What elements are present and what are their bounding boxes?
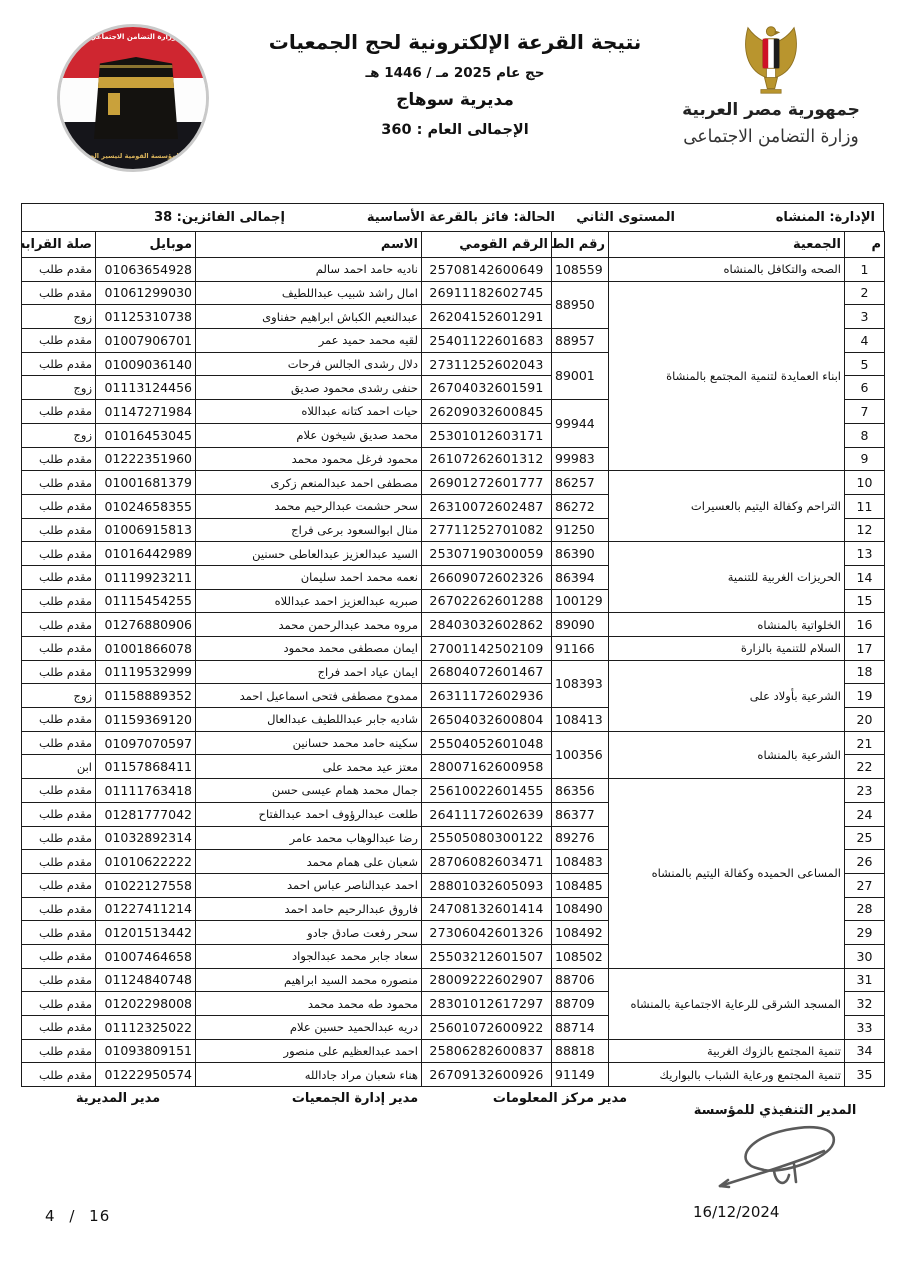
cell-relation: مقدم طلب [22, 565, 96, 589]
cell-relation: مقدم طلب [22, 731, 96, 755]
cell-request-number: 91166 [552, 637, 609, 661]
page-number: 4 / 16 [45, 1207, 118, 1225]
table-row: 16الخلواتية بالمنشاه8909028403032602862م… [22, 613, 885, 637]
cell-national-id: 27711252701082 [422, 518, 552, 542]
cell-name: صبريه عبدالعزيز احمد عبداللاه [196, 589, 422, 613]
info-bar: الإدارة: المنشاه المستوى الثاني الحالة: … [21, 203, 884, 232]
cell-serial: 31 [845, 968, 885, 992]
cell-national-id: 25503212601507 [422, 944, 552, 968]
cell-request-number: 108502 [552, 944, 609, 968]
cell-relation: مقدم طلب [22, 447, 96, 471]
lottery-results-table: م الجمعية رقم الطلب الرقم القومي الاسم م… [21, 231, 885, 1087]
cell-mobile: 01115454255 [96, 589, 196, 613]
table-body: 1الصحه والتكافل بالمنشاه1085592570814260… [22, 258, 885, 1087]
cell-mobile: 01061299030 [96, 281, 196, 305]
cell-request-number: 99944 [552, 400, 609, 447]
cell-mobile: 01111763418 [96, 779, 196, 803]
table-row: 21الشرعية بالمنشاه10035625504052601048سك… [22, 731, 885, 755]
cell-relation: مقدم طلب [22, 589, 96, 613]
cell-request-number: 88706 [552, 968, 609, 992]
cell-relation: مقدم طلب [22, 352, 96, 376]
cell-request-number: 89276 [552, 826, 609, 850]
cell-association: السلام للتنمية بالزارة [609, 637, 845, 661]
cell-serial: 9 [845, 447, 885, 471]
cell-request-number: 86257 [552, 471, 609, 495]
table-row: 17السلام للتنمية بالزارة9116627001142502… [22, 637, 885, 661]
table-row: 10التراحم وكفالة اليتيم بالعسيرات8625726… [22, 471, 885, 495]
cell-name: سحر حشمت عبدالرحيم محمد [196, 494, 422, 518]
signature-title-assoc-admin: مدير إدارة الجمعيات [275, 1091, 435, 1106]
cell-request-number: 108485 [552, 873, 609, 897]
cell-serial: 26 [845, 850, 885, 874]
cell-relation: مقدم طلب [22, 873, 96, 897]
cell-serial: 21 [845, 731, 885, 755]
cell-relation: مقدم طلب [22, 779, 96, 803]
scanned-document-page: { "header": { "title_main": "نتيجة القرع… [0, 0, 905, 1280]
cell-request-number: 86377 [552, 802, 609, 826]
cell-mobile: 01222950574 [96, 1063, 196, 1087]
cell-mobile: 01201513442 [96, 921, 196, 945]
cell-relation: زوج [22, 305, 96, 329]
cell-serial: 33 [845, 1016, 885, 1040]
cell-serial: 24 [845, 802, 885, 826]
cell-national-id: 25708142600649 [422, 258, 552, 282]
cell-request-number: 99983 [552, 447, 609, 471]
cell-serial: 5 [845, 352, 885, 376]
cell-serial: 32 [845, 992, 885, 1016]
cell-serial: 23 [845, 779, 885, 803]
cell-request-number: 88818 [552, 1039, 609, 1063]
cell-name: منصوره محمد السيد ابراهيم [196, 968, 422, 992]
header-name: الاسم [196, 232, 422, 258]
cell-relation: مقدم طلب [22, 542, 96, 566]
cell-mobile: 01112325022 [96, 1016, 196, 1040]
cell-mobile: 01001681379 [96, 471, 196, 495]
cell-request-number: 108492 [552, 921, 609, 945]
cell-serial: 10 [845, 471, 885, 495]
cell-relation: مقدم طلب [22, 471, 96, 495]
badge-top-text: وزارة التضامن الاجتماعي [60, 33, 206, 41]
cell-serial: 28 [845, 897, 885, 921]
cell-mobile: 01007464658 [96, 944, 196, 968]
cell-relation: مقدم طلب [22, 708, 96, 732]
cell-name: شاديه جابر عبداللطيف عبدالعال [196, 708, 422, 732]
cell-name: السيد عبدالعزيز عبدالعاطى حسنين [196, 542, 422, 566]
cell-mobile: 01024658355 [96, 494, 196, 518]
cell-national-id: 26804072601467 [422, 660, 552, 684]
cell-request-number: 91149 [552, 1063, 609, 1087]
cell-mobile: 01097070597 [96, 731, 196, 755]
cell-relation: زوج [22, 423, 96, 447]
page-separator: / [69, 1207, 75, 1225]
cell-association: تنمية المجتمع ورعاية الشباب بالبواريك [609, 1063, 845, 1087]
cell-name: محمود طه محمد محمد [196, 992, 422, 1016]
cell-association: التراحم وكفالة اليتيم بالعسيرات [609, 471, 845, 542]
cell-name: دلال رشدى الجالس فرحات [196, 352, 422, 376]
cell-request-number: 108413 [552, 708, 609, 732]
cell-name: حنفى رشدى محمود صديق [196, 376, 422, 400]
cell-serial: 15 [845, 589, 885, 613]
cell-name: حيات احمد كتانه عبداللاه [196, 400, 422, 424]
cell-relation: مقدم طلب [22, 802, 96, 826]
cell-national-id: 28706082603471 [422, 850, 552, 874]
cell-serial: 11 [845, 494, 885, 518]
cell-mobile: 01016453045 [96, 423, 196, 447]
hajj-foundation-badge: وزارة التضامن الاجتماعي المؤسسة القومية … [57, 24, 209, 172]
table-row: 23المساعى الحميده وكفالة اليتيم بالمنشاه… [22, 779, 885, 803]
cell-serial: 34 [845, 1039, 885, 1063]
cell-serial: 30 [845, 944, 885, 968]
egypt-eagle-icon [738, 24, 804, 96]
cell-relation: مقدم طلب [22, 258, 96, 282]
cell-serial: 7 [845, 400, 885, 424]
cell-request-number: 91250 [552, 518, 609, 542]
cell-request-number: 108559 [552, 258, 609, 282]
cell-relation: مقدم طلب [22, 992, 96, 1016]
cell-national-id: 26709132600926 [422, 1063, 552, 1087]
cell-name: سعاد جابر محمد عبدالجواد [196, 944, 422, 968]
cell-name: هناء شعبان مراد جادالله [196, 1063, 422, 1087]
cell-national-id: 26310072602487 [422, 494, 552, 518]
cell-national-id: 28009222602907 [422, 968, 552, 992]
cell-relation: زوج [22, 684, 96, 708]
document-header: نتيجة القرعة الإلكترونية لحج الجمعيات حج… [240, 30, 670, 138]
cell-national-id: 26702262601288 [422, 589, 552, 613]
cell-national-id: 26704032601591 [422, 376, 552, 400]
cell-serial: 12 [845, 518, 885, 542]
kaaba-icon [94, 57, 178, 139]
cell-national-id: 28403032602862 [422, 613, 552, 637]
cell-name: محمود فرغل محمود محمد [196, 447, 422, 471]
cell-national-id: 25504052601048 [422, 731, 552, 755]
cell-relation: مقدم طلب [22, 850, 96, 874]
status-field: الحالة: فائز بالقرعة الأساسية [367, 210, 555, 225]
cell-mobile: 01119923211 [96, 565, 196, 589]
cell-relation: مقدم طلب [22, 897, 96, 921]
cell-relation: مقدم طلب [22, 660, 96, 684]
cell-relation: مقدم طلب [22, 518, 96, 542]
cell-serial: 8 [845, 423, 885, 447]
cell-request-number: 86356 [552, 779, 609, 803]
cell-serial: 16 [845, 613, 885, 637]
cell-serial: 25 [845, 826, 885, 850]
cell-request-number: 86272 [552, 494, 609, 518]
cell-national-id: 25505080300122 [422, 826, 552, 850]
cell-mobile: 01227411214 [96, 897, 196, 921]
cell-mobile: 01063654928 [96, 258, 196, 282]
cell-name: سحر رفعت صادق جادو [196, 921, 422, 945]
cell-mobile: 01124840748 [96, 968, 196, 992]
cell-mobile: 01113124456 [96, 376, 196, 400]
cell-name: مروه محمد عبدالرحمن محمد [196, 613, 422, 637]
cell-name: احمد عبدالناصر عباس احمد [196, 873, 422, 897]
cell-mobile: 01010622222 [96, 850, 196, 874]
cell-national-id: 28801032605093 [422, 873, 552, 897]
cell-association: المسجد الشرقى للرعاية الاجتماعية بالمنشا… [609, 968, 845, 1039]
cell-mobile: 01093809151 [96, 1039, 196, 1063]
cell-mobile: 01202298008 [96, 992, 196, 1016]
cell-national-id: 25601072600922 [422, 1016, 552, 1040]
cell-association: الشرعية بالمنشاه [609, 731, 845, 778]
header-request-no: رقم الطلب [552, 232, 609, 258]
cell-national-id: 27311252602043 [422, 352, 552, 376]
cell-name: محمد صديق شيخون علام [196, 423, 422, 447]
cell-request-number: 88714 [552, 1016, 609, 1040]
cell-association: الشرعية بأولاد على [609, 660, 845, 731]
cell-relation: مقدم طلب [22, 1063, 96, 1087]
cell-mobile: 01159369120 [96, 708, 196, 732]
badge-bottom-text: المؤسسة القومية لتيسير الحج [60, 152, 206, 160]
cell-national-id: 27001142502109 [422, 637, 552, 661]
cell-request-number: 100356 [552, 731, 609, 778]
cell-relation: مقدم طلب [22, 1039, 96, 1063]
table-row: 18الشرعية بأولاد على10839326804072601467… [22, 660, 885, 684]
header-national-id: الرقم القومي [422, 232, 552, 258]
cell-national-id: 25806282600837 [422, 1039, 552, 1063]
cell-name: لقيه محمد حميد عمر [196, 329, 422, 353]
cell-mobile: 01281777042 [96, 802, 196, 826]
cell-request-number: 89001 [552, 352, 609, 399]
handwritten-signature [712, 1120, 852, 1200]
cell-mobile: 01006915813 [96, 518, 196, 542]
cell-national-id: 26311172602936 [422, 684, 552, 708]
cell-serial: 2 [845, 281, 885, 305]
cell-association: الحريزات الغربية للتنمية [609, 542, 845, 613]
cell-name: منال ابوالسعود برعى فراج [196, 518, 422, 542]
grand-total-line: الإجمالى العام : 360 [240, 122, 670, 138]
cell-name: طلعت عبدالرؤوف احمد عبدالفتاح [196, 802, 422, 826]
signature-title-directorate: مدير المديرية [38, 1091, 198, 1106]
cell-relation: مقدم طلب [22, 329, 96, 353]
cell-name: ممدوح مصطفى فتحى اسماعيل احمد [196, 684, 422, 708]
cell-national-id: 28007162600958 [422, 755, 552, 779]
cell-serial: 20 [845, 708, 885, 732]
hajj-year-line: حج عام 2025 مـ / 1446 هـ [240, 65, 670, 81]
cell-serial: 35 [845, 1063, 885, 1087]
cell-serial: 14 [845, 565, 885, 589]
cell-request-number: 88950 [552, 281, 609, 328]
cell-name: احمد عبدالعظيم على منصور [196, 1039, 422, 1063]
header-mobile: موبايل [96, 232, 196, 258]
cell-national-id: 25307190300059 [422, 542, 552, 566]
cell-mobile: 01276880906 [96, 613, 196, 637]
cell-national-id: 28301012617297 [422, 992, 552, 1016]
cell-national-id: 26411172602639 [422, 802, 552, 826]
table-row: 1الصحه والتكافل بالمنشاه1085592570814260… [22, 258, 885, 282]
cell-mobile: 01125310738 [96, 305, 196, 329]
cell-request-number: 108393 [552, 660, 609, 707]
cell-name: معتز عيد محمد على [196, 755, 422, 779]
cell-serial: 22 [845, 755, 885, 779]
cell-serial: 27 [845, 873, 885, 897]
cell-name: جمال محمد همام عيسى حسن [196, 779, 422, 803]
cell-name: رضا عبدالوهاب محمد عامر [196, 826, 422, 850]
cell-mobile: 01222351960 [96, 447, 196, 471]
cell-national-id: 27306042601326 [422, 921, 552, 945]
cell-association: الخلواتية بالمنشاه [609, 613, 845, 637]
cell-national-id: 26204152601291 [422, 305, 552, 329]
cell-name: ناديه حامد احمد سالم [196, 258, 422, 282]
cell-relation: زوج [22, 376, 96, 400]
cell-mobile: 01009036140 [96, 352, 196, 376]
winners-total-field: إجمالى الفائزين: 38 [154, 210, 285, 225]
level-field: المستوى الثاني [576, 210, 675, 225]
cell-request-number: 88957 [552, 329, 609, 353]
cell-national-id: 26504032600804 [422, 708, 552, 732]
header-serial: م [845, 232, 885, 258]
government-logo: جمهورية مصر العربية وزارة التضامن الاجتم… [645, 24, 897, 147]
cell-name: امال راشد شبيب عبداللطيف [196, 281, 422, 305]
administration-field: الإدارة: المنشاه [776, 210, 875, 225]
cell-name: سكينه حامد محمد حسانين [196, 731, 422, 755]
cell-request-number: 108483 [552, 850, 609, 874]
cell-national-id: 26609072602326 [422, 565, 552, 589]
signature-title-info-center: مدير مركز المعلومات [480, 1091, 640, 1106]
cell-national-id: 26901272601777 [422, 471, 552, 495]
cell-mobile: 01157868411 [96, 755, 196, 779]
header-association: الجمعية [609, 232, 845, 258]
table-row: 34تنمية المجتمع بالزوك الغربية8881825806… [22, 1039, 885, 1063]
cell-relation: مقدم طلب [22, 968, 96, 992]
cell-mobile: 01016442989 [96, 542, 196, 566]
table-header: م الجمعية رقم الطلب الرقم القومي الاسم م… [22, 232, 885, 258]
cell-name: ايمان عياد احمد فراج [196, 660, 422, 684]
cell-serial: 19 [845, 684, 885, 708]
cell-name: مصطفى احمد عبدالمنعم زكرى [196, 471, 422, 495]
directorate-line: مديرية سوهاج [240, 90, 670, 110]
page-current: 4 [45, 1207, 56, 1225]
cell-relation: مقدم طلب [22, 1016, 96, 1040]
cell-national-id: 26911182602745 [422, 281, 552, 305]
cell-national-id: 25301012603171 [422, 423, 552, 447]
cell-serial: 1 [845, 258, 885, 282]
cell-national-id: 24708132601414 [422, 897, 552, 921]
ministry-name: وزارة التضامن الاجتماعى [645, 127, 897, 148]
cell-mobile: 01022127558 [96, 873, 196, 897]
cell-request-number: 100129 [552, 589, 609, 613]
cell-name: نعمه محمد احمد سليمان [196, 565, 422, 589]
cell-request-number: 86390 [552, 542, 609, 566]
cell-name: فاروق عبدالرحيم حامد احمد [196, 897, 422, 921]
cell-association: ابناء العمايدة لتنمية المجتمع بالمنشاة [609, 281, 845, 471]
cell-serial: 18 [845, 660, 885, 684]
cell-name: شعبان على همام محمد [196, 850, 422, 874]
republic-name: جمهورية مصر العربية [645, 100, 897, 120]
cell-serial: 4 [845, 329, 885, 353]
cell-relation: ابن [22, 755, 96, 779]
cell-request-number: 86394 [552, 565, 609, 589]
cell-request-number: 88709 [552, 992, 609, 1016]
cell-mobile: 01001866078 [96, 637, 196, 661]
table-row: 2ابناء العمايدة لتنمية المجتمع بالمنشاة8… [22, 281, 885, 305]
table-row: 31المسجد الشرقى للرعاية الاجتماعية بالمن… [22, 968, 885, 992]
cell-national-id: 25610022601455 [422, 779, 552, 803]
cell-relation: مقدم طلب [22, 637, 96, 661]
cell-serial: 17 [845, 637, 885, 661]
cell-relation: مقدم طلب [22, 494, 96, 518]
table-row: 13الحريزات الغربية للتنمية86390253071903… [22, 542, 885, 566]
cell-serial: 6 [845, 376, 885, 400]
cell-association: الصحه والتكافل بالمنشاه [609, 258, 845, 282]
cell-name: عبدالنعيم الكباش ابراهيم حفناوى [196, 305, 422, 329]
cell-name: ايمان مصطفى محمد محمود [196, 637, 422, 661]
cell-request-number: 108490 [552, 897, 609, 921]
page-total: 16 [89, 1207, 110, 1225]
cell-name: دريه عبدالحميد حسين علام [196, 1016, 422, 1040]
document-title: نتيجة القرعة الإلكترونية لحج الجمعيات [240, 30, 670, 54]
header-relation: صلة القرابه [22, 232, 96, 258]
cell-mobile: 01007906701 [96, 329, 196, 353]
cell-relation: مقدم طلب [22, 826, 96, 850]
cell-serial: 13 [845, 542, 885, 566]
document-date: 16/12/2024 [693, 1203, 779, 1221]
cell-relation: مقدم طلب [22, 613, 96, 637]
cell-relation: مقدم طلب [22, 944, 96, 968]
cell-relation: مقدم طلب [22, 400, 96, 424]
cell-association: المساعى الحميده وكفالة اليتيم بالمنشاه [609, 779, 845, 969]
cell-mobile: 01147271984 [96, 400, 196, 424]
cell-mobile: 01119532999 [96, 660, 196, 684]
cell-association: تنمية المجتمع بالزوك الغربية [609, 1039, 845, 1063]
cell-mobile: 01032892314 [96, 826, 196, 850]
cell-national-id: 26209032600845 [422, 400, 552, 424]
cell-relation: مقدم طلب [22, 921, 96, 945]
signature-title-executive: المدير التنفيذي للمؤسسة [660, 1103, 890, 1118]
cell-serial: 3 [845, 305, 885, 329]
cell-national-id: 25401122601683 [422, 329, 552, 353]
cell-request-number: 89090 [552, 613, 609, 637]
cell-national-id: 26107262601312 [422, 447, 552, 471]
cell-relation: مقدم طلب [22, 281, 96, 305]
cell-mobile: 01158889352 [96, 684, 196, 708]
table-row: 35تنمية المجتمع ورعاية الشباب بالبواريك9… [22, 1063, 885, 1087]
cell-serial: 29 [845, 921, 885, 945]
